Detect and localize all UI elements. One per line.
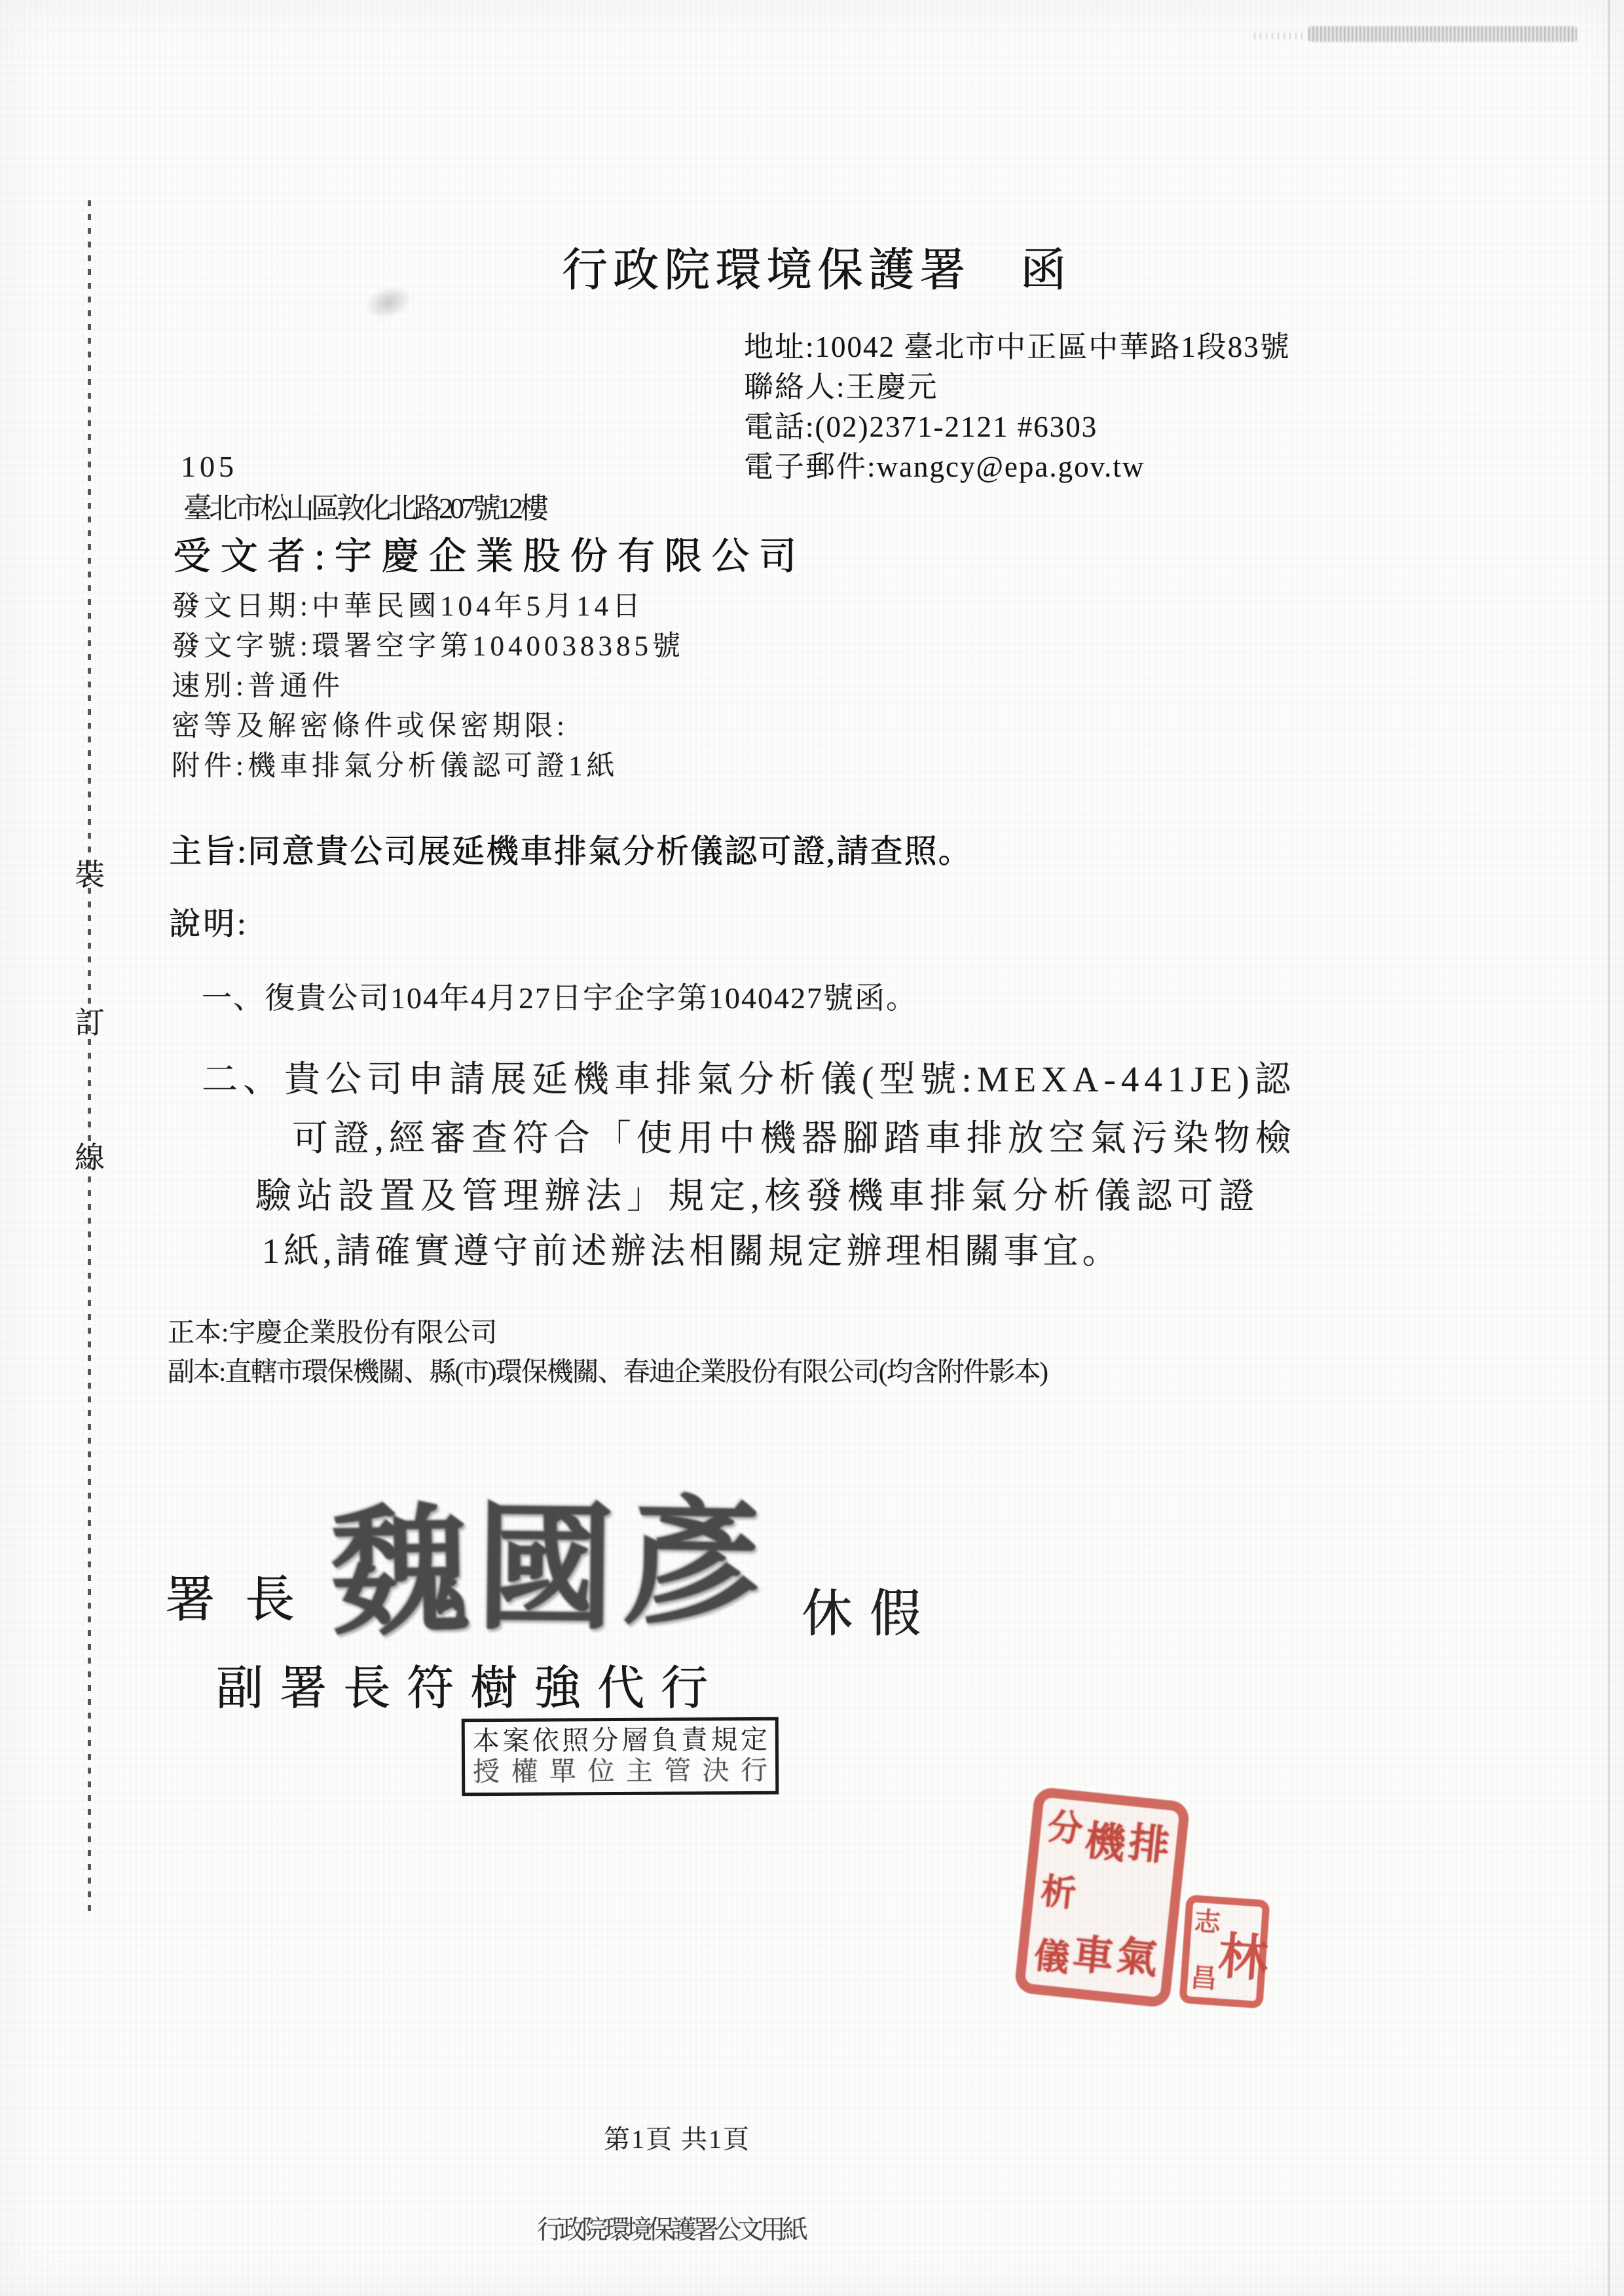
agency-name: 行政院環境保護署 bbox=[562, 233, 970, 299]
attachment-note: 附件:機車排氣分析儀認可證1紙 bbox=[172, 746, 684, 786]
personal-name-seal-stamp: 志 昌 林 bbox=[1179, 1895, 1270, 2009]
doc-number: 發文字號:環署空字第1040038385號 bbox=[172, 627, 684, 666]
official-paper-name: 行政院環境保護署公文用紙 bbox=[537, 2209, 804, 2246]
sender-phone: 電話:(02)2371-2121 #6303 bbox=[744, 407, 1291, 447]
binding-dashed-line bbox=[88, 200, 91, 1912]
carbon-copy-line: 副本:直轄市環保機關、縣(市)環保機關、春迪企業股份有限公司(均含附件影本) bbox=[168, 1350, 1047, 1389]
page-number-info: 第1頁 共1頁 bbox=[604, 2119, 750, 2156]
recipient-line: 受文者:宇慶企業股份有限公司 bbox=[173, 525, 805, 580]
deputy-signer-line: 副署長符樹強代行 bbox=[216, 1650, 724, 1718]
explanation-item-2-line-2: 可證,經審查符合「使用中機器腳踏車排放空氣污染物檢 bbox=[292, 1109, 1297, 1161]
subject-line: 主旨:同意貴公司展延機車排氣分析儀認可證,請查照。 bbox=[169, 825, 972, 872]
seal-glyph: 氣 bbox=[1114, 1929, 1160, 1988]
scan-noise-band bbox=[1308, 26, 1577, 42]
original-copy-line: 正本:宇慶企業股份有限公司 bbox=[168, 1311, 497, 1349]
sender-email: 電子郵件:wangcy@epa.gov.tw bbox=[744, 447, 1291, 487]
document-title: 行政院環境保護署 函 bbox=[562, 233, 1071, 299]
explanation-item-1: 一、復貴公司104年4月27日宇企字第1040427號函。 bbox=[202, 974, 917, 1017]
binding-char-zhuang: 裝 bbox=[72, 851, 107, 894]
delegation-line-1: 本案依照分層負責規定 bbox=[473, 1724, 767, 1757]
seal-glyph: 分 bbox=[1046, 1807, 1085, 1850]
delegation-line-2: 授權單位主管決行 bbox=[473, 1755, 767, 1787]
scan-smudge bbox=[360, 280, 416, 325]
delegation-stamp-box: 本案依照分層負責規定 授權單位主管決行 bbox=[462, 1717, 779, 1796]
explanation-label: 說明: bbox=[169, 898, 248, 943]
seal-glyph: 機 bbox=[1082, 1813, 1128, 1872]
explanation-item-2-line-3: 驗站設置及管理辦法」規定,核發機車排氣分析儀認可證 bbox=[255, 1167, 1260, 1218]
sender-contact-block: 地址:10042 臺北市中正區中華路1段83號 聯絡人:王慶元 電話:(02)2… bbox=[744, 327, 1291, 487]
secrecy-class: 密等及解密條件或保密期限: bbox=[172, 706, 684, 746]
name-seal-right-column: 林 bbox=[1216, 1910, 1272, 1997]
explanation-item-2-line-1: 二、貴公司申請展延機車排氣分析儀(型號:MEXA-441JE)認 bbox=[202, 1050, 1296, 1102]
seal-glyph: 儀 bbox=[1032, 1936, 1071, 1978]
doc-type: 函 bbox=[1020, 233, 1071, 299]
recipient-zip: 105 bbox=[181, 449, 238, 484]
signer-name-char-3: 彥 bbox=[620, 1487, 768, 1642]
signer-name-calligraphy: 魏 國 彥 bbox=[331, 1494, 767, 1646]
signer-name-char-2: 國 bbox=[475, 1493, 622, 1647]
binding-char-xian: 線 bbox=[72, 1134, 107, 1177]
seal-glyph: 排 bbox=[1126, 1815, 1172, 1874]
issue-date: 發文日期:中華民國104年5月14日 bbox=[172, 587, 684, 627]
sender-contact-person: 聯絡人:王慶元 bbox=[744, 367, 1291, 407]
seal-glyph: 析 bbox=[1039, 1871, 1078, 1914]
signer-name-char-1: 魏 bbox=[329, 1497, 478, 1652]
signer-title: 署長 bbox=[165, 1559, 325, 1631]
scanner-edge bbox=[1608, 0, 1610, 2296]
seal-glyph: 昌 bbox=[1190, 1964, 1218, 1994]
sender-address: 地址:10042 臺北市中正區中華路1段83號 bbox=[744, 327, 1291, 367]
explanation-item-2-line-4: 1紙,請確實遵守前述辦法相關規定辦理相關事宜。 bbox=[262, 1223, 1122, 1273]
recipient-address: 臺北市松山區敦化北路207號12樓 bbox=[183, 484, 545, 526]
seal-glyph: 志 bbox=[1194, 1908, 1222, 1937]
signer-status: 休假 bbox=[802, 1573, 938, 1646]
scanned-official-letter: 裝 訂 線 行政院環境保護署 函 地址:10042 臺北市中正區中華路1段83號… bbox=[0, 0, 1624, 2296]
document-meta-block: 發文日期:中華民國104年5月14日 發文字號:環署空字第1040038385號… bbox=[172, 587, 684, 786]
speed-class: 速別:普通件 bbox=[172, 666, 684, 706]
seal-glyph: 林 bbox=[1216, 1916, 1270, 1990]
large-red-seal-stamp: 分 析 儀 機 車 排 氣 bbox=[1014, 1786, 1190, 2008]
seal-glyph: 車 bbox=[1070, 1927, 1116, 1986]
scan-noise-dots bbox=[1254, 33, 1306, 39]
binding-char-ding: 訂 bbox=[72, 999, 107, 1042]
